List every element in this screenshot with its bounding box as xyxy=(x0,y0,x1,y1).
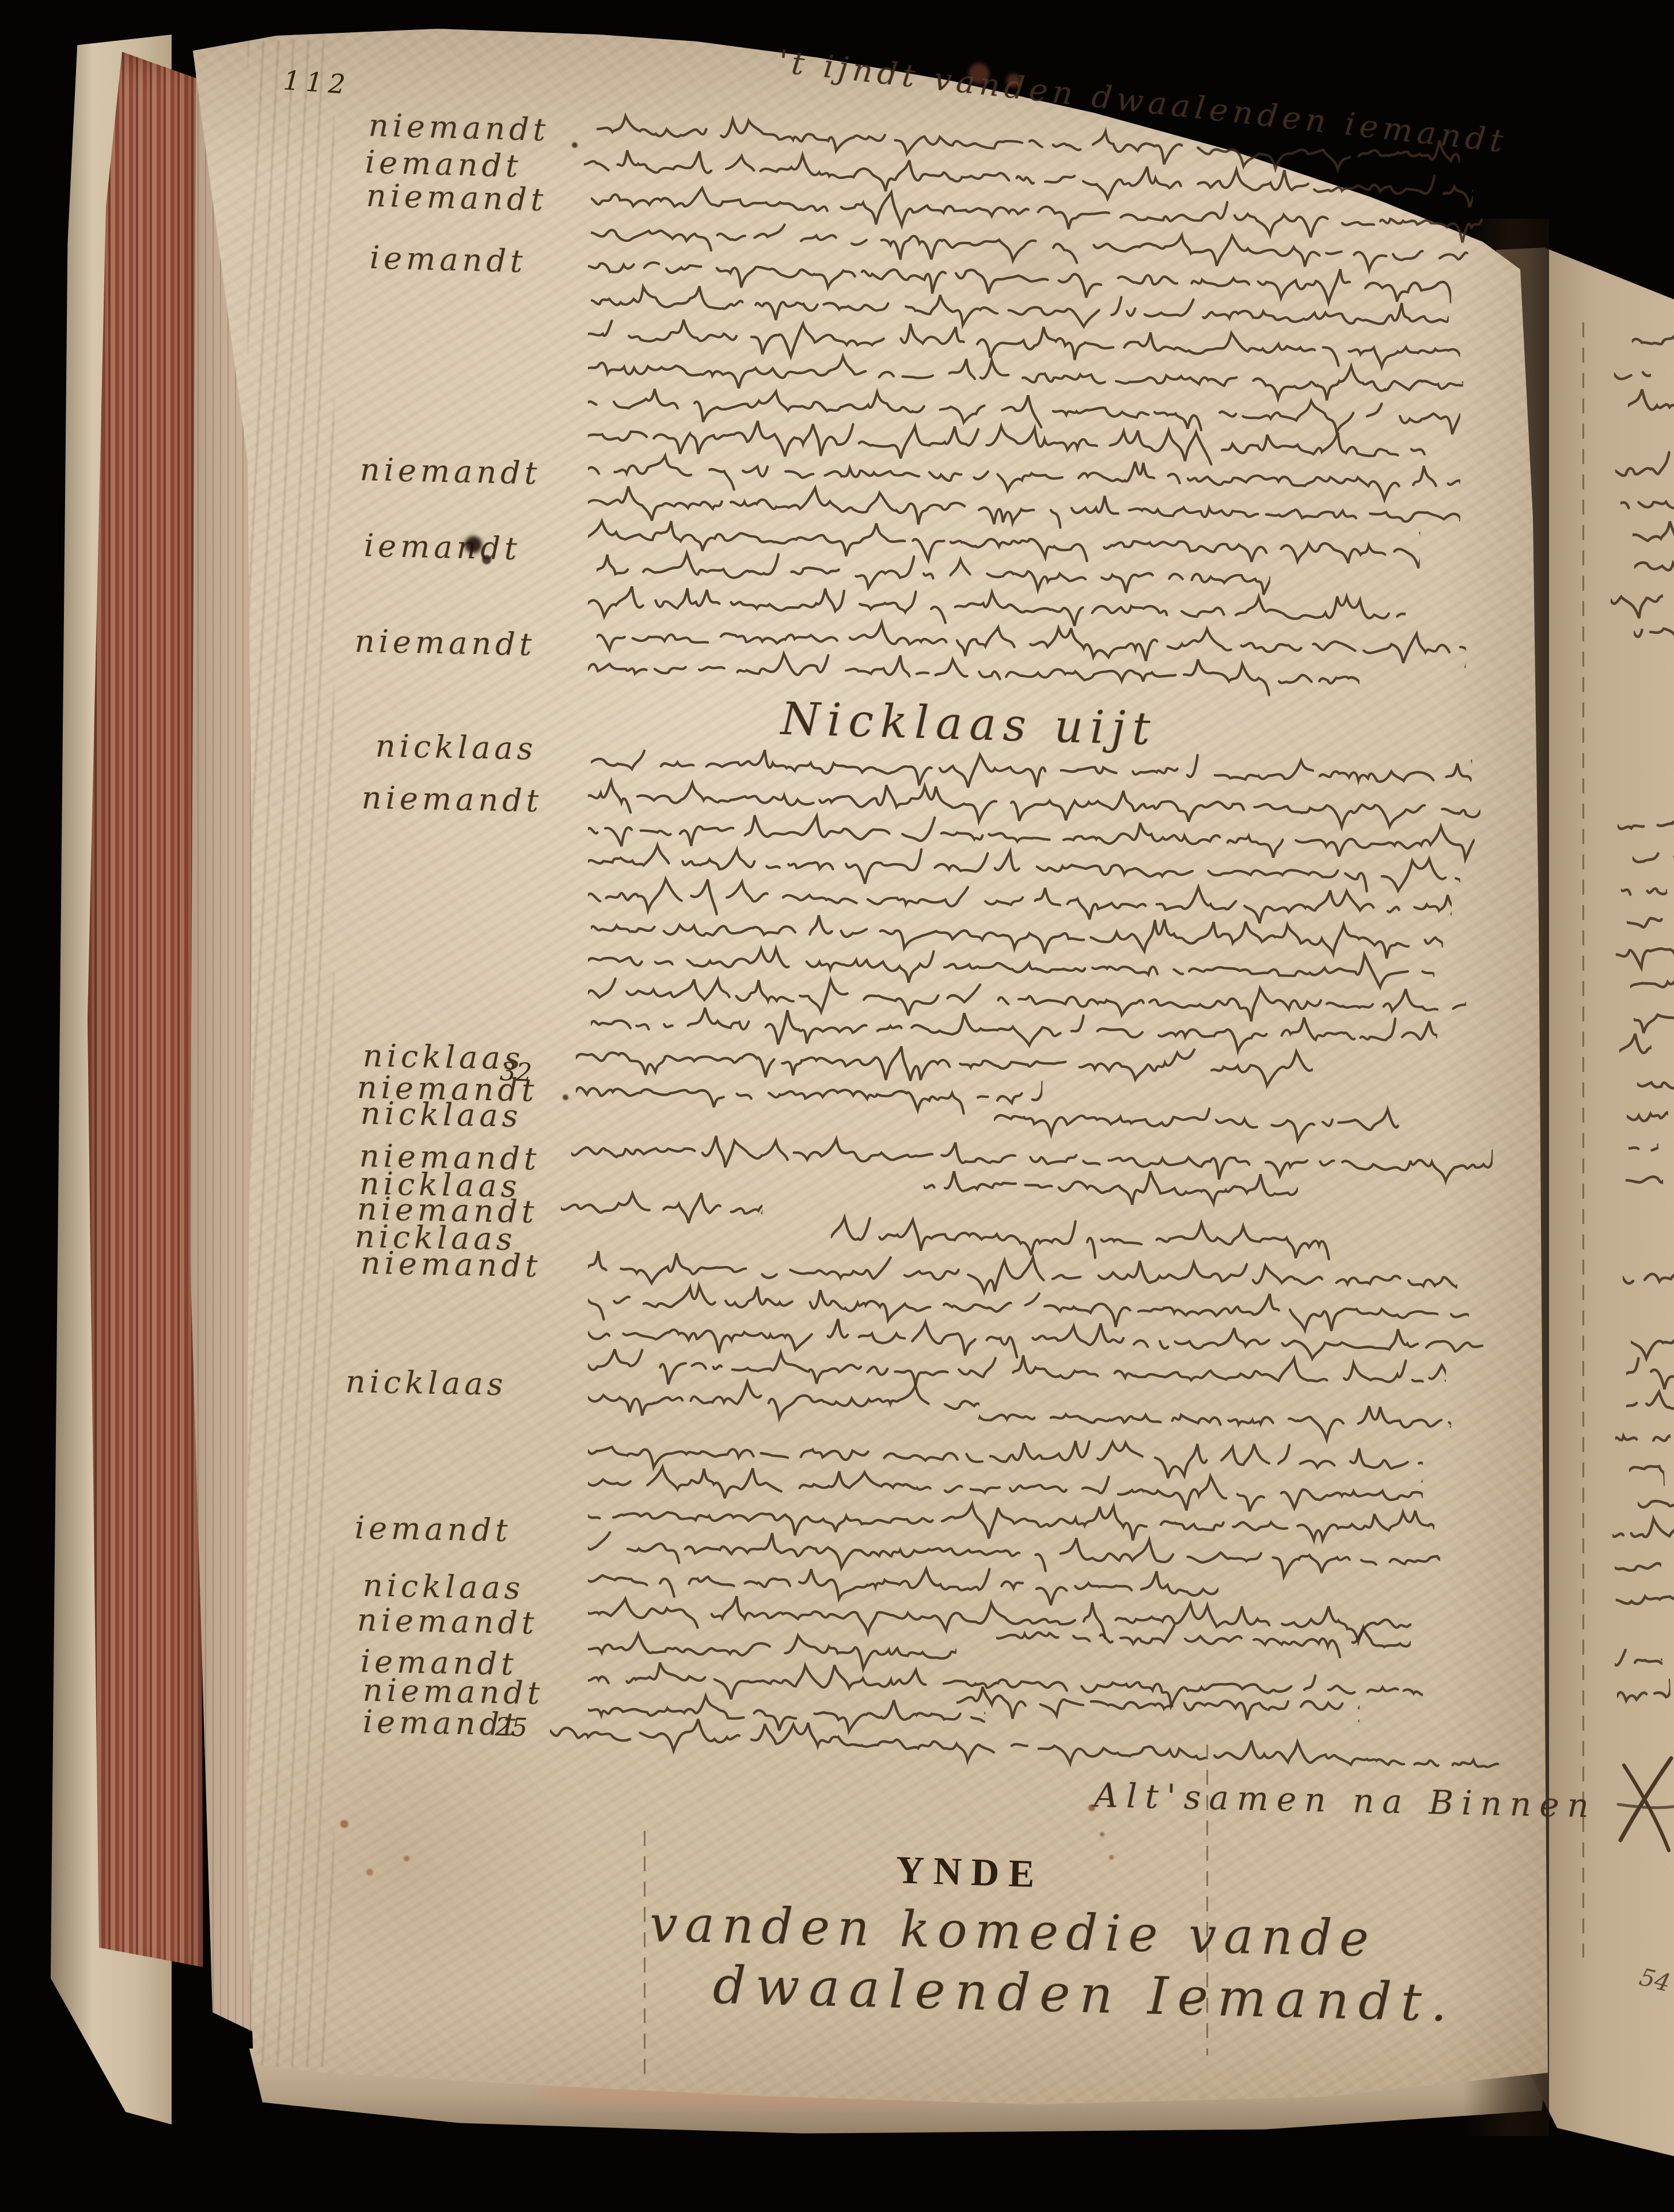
stain xyxy=(482,555,491,564)
stain xyxy=(563,1094,568,1100)
speaker-label-niemandt: niemandt xyxy=(368,107,550,148)
facing-page-line-fragment xyxy=(1633,609,1674,655)
line-number-32: 32 xyxy=(499,1057,533,1088)
speaker-label-niemandt: niemandt xyxy=(361,780,543,819)
body-text-line xyxy=(956,1679,1360,1729)
stain xyxy=(1100,1832,1104,1837)
speaker-label-nicklaas: nicklaas xyxy=(360,1095,522,1134)
stain xyxy=(1109,1855,1114,1860)
stain xyxy=(969,63,989,84)
stain xyxy=(340,1820,348,1828)
line-number-25: 25 xyxy=(495,1712,528,1743)
paper-crease xyxy=(1582,322,1584,1958)
stain xyxy=(465,536,482,553)
manuscript-photo: 54 112 't ijndt vanden dwaalenden iemand… xyxy=(0,0,1674,2212)
facing-page-flourish xyxy=(1616,1754,1674,1863)
scene-heading: Nicklaas uijt xyxy=(780,693,1158,755)
speaker-label-niemandt: niemandt xyxy=(354,623,536,663)
body-text-line xyxy=(575,1069,1042,1120)
body-text-line xyxy=(560,1185,762,1232)
stain xyxy=(1007,74,1020,88)
speaker-label-niemandt: niemandt xyxy=(359,451,541,492)
facing-page-line-fragment xyxy=(1616,1674,1671,1719)
speaker-label-niemandt: niemandt xyxy=(366,177,548,218)
ending-title: YNDE xyxy=(895,1847,1045,1897)
stain xyxy=(1088,1804,1095,1811)
body-text-line xyxy=(923,1163,1298,1213)
facing-page-line-fragment xyxy=(1627,383,1674,430)
stain xyxy=(404,1856,409,1861)
stain xyxy=(572,142,578,148)
speaker-label-nicklaas: nicklaas xyxy=(375,728,537,767)
paper-crease xyxy=(1206,1744,1208,2055)
stain xyxy=(366,1869,373,1876)
body-text-line xyxy=(996,1615,1411,1665)
speaker-label-nicklaas: nicklaas xyxy=(345,1363,507,1403)
paper-crease xyxy=(644,1831,646,2084)
facing-page-line-fragment xyxy=(1615,1576,1674,1622)
page-number: 112 xyxy=(282,64,352,100)
speaker-label-iemandt: iemandt xyxy=(369,240,527,280)
speaker-label-niemandt: niemandt xyxy=(360,1245,542,1284)
red-sprinkled-fore-edge xyxy=(88,52,203,1986)
speaker-label-iemandt: iemandt xyxy=(363,527,521,567)
body-text-line xyxy=(587,1376,980,1426)
speaker-label-iemandt: iemandt xyxy=(354,1510,512,1549)
facing-page-line-fragment xyxy=(1625,1158,1664,1203)
speaker-label-niemandt: niemandt xyxy=(356,1602,538,1641)
facing-page-line-fragment xyxy=(1622,1254,1674,1300)
speaker-label-nicklaas: nicklaas xyxy=(362,1567,524,1606)
